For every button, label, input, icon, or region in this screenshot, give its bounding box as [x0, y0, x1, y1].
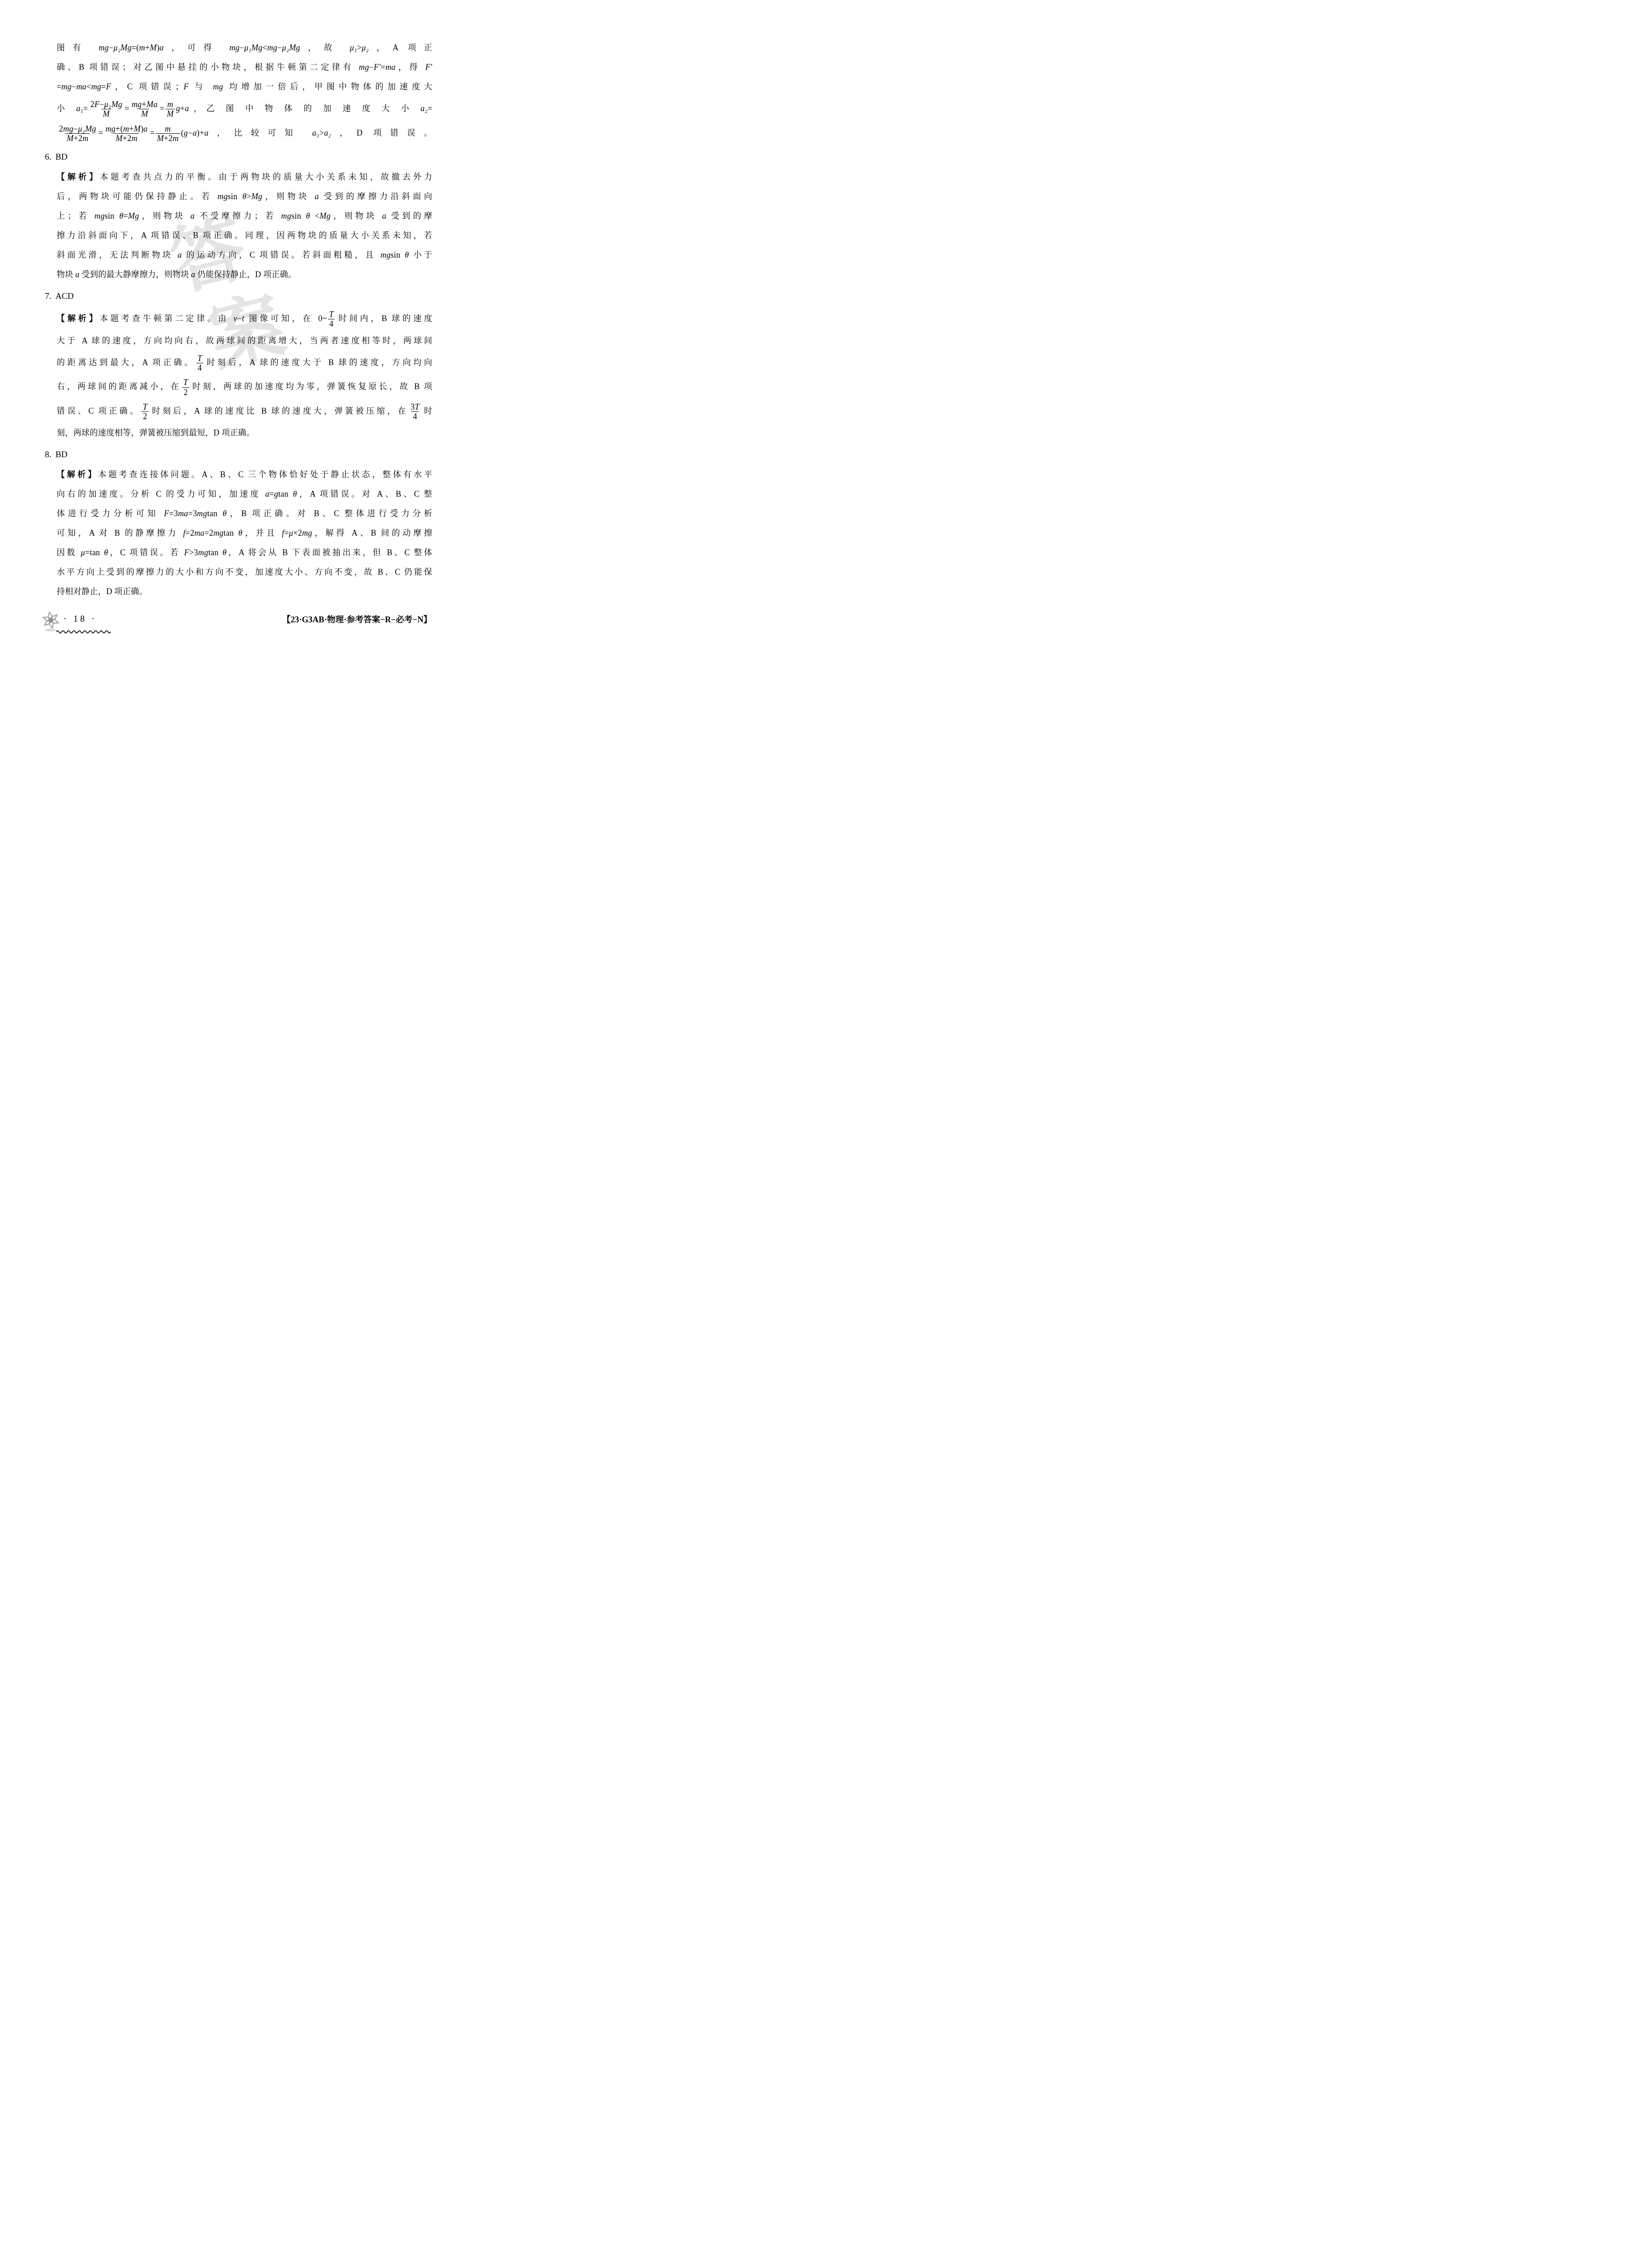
text-run: = — [150, 128, 155, 137]
text-run: 【解析】本题考查共点力的平衡。由于两物块的质量大小关系未知，故撤去外力 — [57, 172, 432, 181]
text-run: 后，两物块可能仍保持静止。若 mgsin θ>Mg，则物块 a 受到的摩擦力沿斜… — [57, 192, 432, 201]
text-line: 擦力沿斜面向下，A 项错误、B 项正确。同理，因两物块的质量大小关系未知，若 — [57, 226, 432, 245]
text-line: =mg−ma<mg=F，C 项错误；F 与 mg 均增加一倍后，甲图中物体的加速… — [57, 77, 432, 97]
text-run: 【解析】本题考查牛顿第二定律。由 v−t 图像可知，在 0~ — [57, 314, 327, 323]
text-line: 水平方向上受到的摩擦力的大小和方向不变，加速度大小、方向不变，故 B、C 仍能保 — [57, 562, 432, 582]
fraction-numerator: 3T — [409, 402, 420, 411]
text-run: 的距离达到最大，A 项正确。 — [57, 358, 195, 367]
text-line: 斜面光滑，无法判断物块 a 的运动方向，C 项错误。若斜面粗糙，且 mgsin … — [57, 245, 432, 265]
fraction-numerator: T — [182, 378, 189, 387]
question-answer: BD — [55, 152, 67, 162]
text-line: 持相对静止，D 项正确。 — [57, 582, 432, 601]
text-line: 2mg−μ₂MgM+2m=mg+(m+M)aM+2m=mM+2m(g−a)+a，… — [57, 121, 432, 146]
text-line: 右，两球间的距离减小，在T2时刻，两球的加速度均为零，弹簧恢复原长，故 B 项 — [57, 375, 432, 399]
fraction: T4 — [328, 310, 335, 328]
fraction-numerator: mg+Ma — [130, 100, 159, 109]
text-run: 大于 A 球的速度，方向均向右，故两球间的距离增大，当两者速度相等时，两球间 — [57, 336, 432, 345]
text-run: 体进行受力分析可知 F=3ma=3mgtan θ，B 项正确。对 B、C 整体进… — [57, 509, 432, 518]
text-line: 因数 μ=tan θ，C 项错误。若 F>3mgtan θ，A 将会从 B 下表… — [57, 543, 432, 562]
fraction-numerator: T — [196, 354, 203, 363]
fraction-denominator: M — [140, 109, 149, 118]
text-run: = — [125, 104, 129, 113]
wavy-underline-icon — [56, 630, 112, 634]
text-run: 确、B 项错误；对乙图中悬挂的小物块，根据牛顿第二定律有 mg−F′=ma，得 … — [57, 63, 432, 72]
fraction: T4 — [196, 354, 203, 372]
text-run: 向右的加速度。分析 C 的受力可知，加速度 a=gtan θ，A 项错误。对 A… — [57, 489, 432, 499]
fraction: mg+MaM — [130, 100, 159, 118]
text-run: 物块 a 受到的最大静摩擦力，则物块 a 仍能保持静止，D 项正确。 — [57, 270, 296, 279]
fraction: T2 — [142, 402, 149, 421]
fraction-numerator: mg+(m+M)a — [104, 124, 149, 133]
answer-line: 6.BD — [45, 147, 432, 167]
text-line: 错误、C 项正确。T2时刻后，A 球的速度比 B 球的速度大，弹簧被压缩，在3T… — [57, 399, 432, 424]
fraction-numerator: m — [166, 100, 175, 109]
text-run: 可知，A 对 B 的静摩擦力 f=2ma=2mgtan θ，并且 f=μ×2mg… — [57, 528, 432, 538]
fraction-denominator: M+2m — [156, 133, 180, 143]
text-line: 后，两物块可能仍保持静止。若 mgsin θ>Mg，则物块 a 受到的摩擦力沿斜… — [57, 187, 432, 206]
fraction-denominator: M+2m — [65, 133, 90, 143]
edition-label: 【23·G3AB·物理·参考答案−R−必考−N】 — [282, 613, 432, 625]
fraction-numerator: 2F−μ₁Mg — [89, 100, 124, 109]
text-run: 时刻，两球的加速度均为零，弹簧恢复原长，故 B 项 — [190, 382, 432, 391]
text-run: 【解析】本题考查连接体问题。A、B、C 三个物体恰好处于静止状态，整体有水平 — [57, 470, 432, 479]
fraction: mg+(m+M)aM+2m — [104, 124, 149, 143]
text-line: 的距离达到最大，A 项正确。T4时刻后，A 球的速度大于 B 球的速度，方向均向 — [57, 351, 432, 375]
text-run: = — [98, 128, 103, 137]
text-run: 右，两球间的距离减小，在 — [57, 382, 181, 391]
analysis-label: 【解析】 — [57, 470, 98, 479]
fraction: 3T4 — [409, 402, 420, 421]
question-number: 7. — [45, 287, 51, 307]
question-number: 8. — [45, 445, 51, 465]
text-run: (g−a)+a，比较可知 a₁>a₂，D 项错误。 — [181, 128, 432, 137]
text-line: 小 a₁=2F−μ₁MgM=mg+MaM=mMg+a，乙 图 中 物 体 的 加… — [57, 97, 432, 121]
analysis-label: 【解析】 — [57, 172, 100, 181]
question-answer: ACD — [55, 292, 73, 301]
text-line: 确、B 项错误；对乙图中悬挂的小物块，根据牛顿第二定律有 mg−F′=ma，得 … — [57, 58, 432, 77]
text-run: 错误、C 项正确。 — [57, 406, 141, 415]
fraction: mM — [166, 100, 175, 118]
answer-block: 图有 mg−μ₂Mg=(m+M)a，可得 mg−μ₁Mg<mg−μ₂Mg，故 μ… — [57, 38, 432, 145]
fraction-numerator: T — [142, 402, 149, 411]
answer-line: 8.BD — [45, 445, 432, 465]
text-run: 上；若 mgsin θ=Mg，则物块 a 不受摩擦力；若 mgsin θ <Mg… — [57, 211, 432, 220]
text-line: 体进行受力分析可知 F=3ma=3mgtan θ，B 项正确。对 B、C 整体进… — [57, 504, 432, 523]
text-run: 图有 mg−μ₂Mg=(m+M)a，可得 mg−μ₁Mg<mg−μ₂Mg，故 μ… — [57, 43, 432, 52]
fraction-numerator: T — [328, 310, 335, 319]
text-run: = — [160, 104, 164, 113]
answer-block: 8.BD【解析】本题考查连接体问题。A、B、C 三个物体恰好处于静止状态，整体有… — [57, 445, 432, 601]
fraction: 2F−μ₁MgM — [89, 100, 124, 118]
fraction-denominator: M — [102, 109, 111, 118]
fraction-denominator: M — [166, 109, 175, 118]
text-run: 时刻后，A 球的速度大于 B 球的速度，方向均向 — [204, 358, 432, 367]
publisher-star-icon — [42, 611, 59, 632]
question-number: 6. — [45, 147, 51, 167]
text-line: 【解析】本题考查共点力的平衡。由于两物块的质量大小关系未知，故撤去外力 — [57, 167, 432, 187]
text-run: 持相对静止，D 项正确。 — [57, 587, 147, 596]
text-run: 因数 μ=tan θ，C 项错误。若 F>3mgtan θ，A 将会从 B 下表… — [57, 548, 432, 557]
fraction-numerator: 2mg−μ₂Mg — [58, 124, 98, 133]
fraction: T2 — [182, 378, 189, 396]
analysis-label: 【解析】 — [57, 314, 100, 323]
fraction-denominator: 4 — [196, 363, 203, 372]
text-run: 刻，两球的速度相等，弹簧被压缩到最短，D 项正确。 — [57, 428, 255, 437]
text-run: 时 — [422, 406, 432, 415]
text-line: 可知，A 对 B 的静摩擦力 f=2ma=2mgtan θ，并且 f=μ×2mg… — [57, 523, 432, 543]
text-line: 【解析】本题考查牛顿第二定律。由 v−t 图像可知，在 0~T4时间内，B 球的… — [57, 307, 432, 331]
fraction-denominator: 4 — [411, 411, 418, 421]
answer-line: 7.ACD — [45, 287, 432, 307]
text-line: 【解析】本题考查连接体问题。A、B、C 三个物体恰好处于静止状态，整体有水平 — [57, 465, 432, 484]
text-run: 小 a₁= — [57, 104, 88, 113]
page-footer: · 18 · 【23·G3AB·物理·参考答案−R−必考−N】 — [0, 611, 472, 651]
answer-block: 7.ACD【解析】本题考查牛顿第二定律。由 v−t 图像可知，在 0~T4时间内… — [57, 287, 432, 443]
text-run: 时间内，B 球的速度 — [336, 314, 432, 323]
fraction-denominator: M+2m — [114, 133, 139, 143]
question-answer: BD — [55, 450, 67, 459]
text-line: 图有 mg−μ₂Mg=(m+M)a，可得 mg−μ₁Mg<mg−μ₂Mg，故 μ… — [57, 38, 432, 58]
fraction-denominator: 4 — [328, 319, 335, 328]
text-run: 水平方向上受到的摩擦力的大小和方向不变，加速度大小、方向不变，故 B、C 仍能保 — [57, 567, 432, 577]
text-run: g+a，乙 图 中 物 体 的 加 速 度 大 小 a₂= — [176, 104, 432, 113]
text-line: 物块 a 受到的最大静摩擦力，则物块 a 仍能保持静止，D 项正确。 — [57, 265, 432, 284]
text-line: 上；若 mgsin θ=Mg，则物块 a 不受摩擦力；若 mgsin θ <Mg… — [57, 206, 432, 226]
fraction-denominator: 2 — [182, 387, 189, 397]
fraction: 2mg−μ₂MgM+2m — [58, 124, 98, 143]
fraction: mM+2m — [156, 124, 180, 143]
text-run: =mg−ma<mg=F，C 项错误；F 与 mg 均增加一倍后，甲图中物体的加速… — [57, 82, 432, 91]
answer-sheet-page: 答 案 图有 mg−μ₂Mg=(m+M)a，可得 mg−μ₁Mg<mg−μ₂Mg… — [0, 0, 472, 663]
text-run: 擦力沿斜面向下，A 项错误、B 项正确。同理，因两物块的质量大小关系未知，若 — [57, 231, 432, 240]
text-line: 刻，两球的速度相等，弹簧被压缩到最短，D 项正确。 — [57, 423, 432, 443]
fraction-numerator: m — [163, 124, 172, 133]
text-line: 向右的加速度。分析 C 的受力可知，加速度 a=gtan θ，A 项错误。对 A… — [57, 484, 432, 504]
text-line: 大于 A 球的速度，方向均向右，故两球间的距离增大，当两者速度相等时，两球间 — [57, 331, 432, 351]
text-run: 斜面光滑，无法判断物块 a 的运动方向，C 项错误。若斜面粗糙，且 mgsin … — [57, 250, 432, 259]
text-run: 时刻后，A 球的速度比 B 球的速度大，弹簧被压缩，在 — [150, 406, 408, 415]
fraction-denominator: 2 — [142, 411, 148, 421]
answer-block: 6.BD【解析】本题考查共点力的平衡。由于两物块的质量大小关系未知，故撤去外力后… — [57, 147, 432, 284]
page-number: · 18 · — [63, 614, 97, 625]
answer-blocks: 图有 mg−μ₂Mg=(m+M)a，可得 mg−μ₁Mg<mg−μ₂Mg，故 μ… — [57, 38, 432, 604]
